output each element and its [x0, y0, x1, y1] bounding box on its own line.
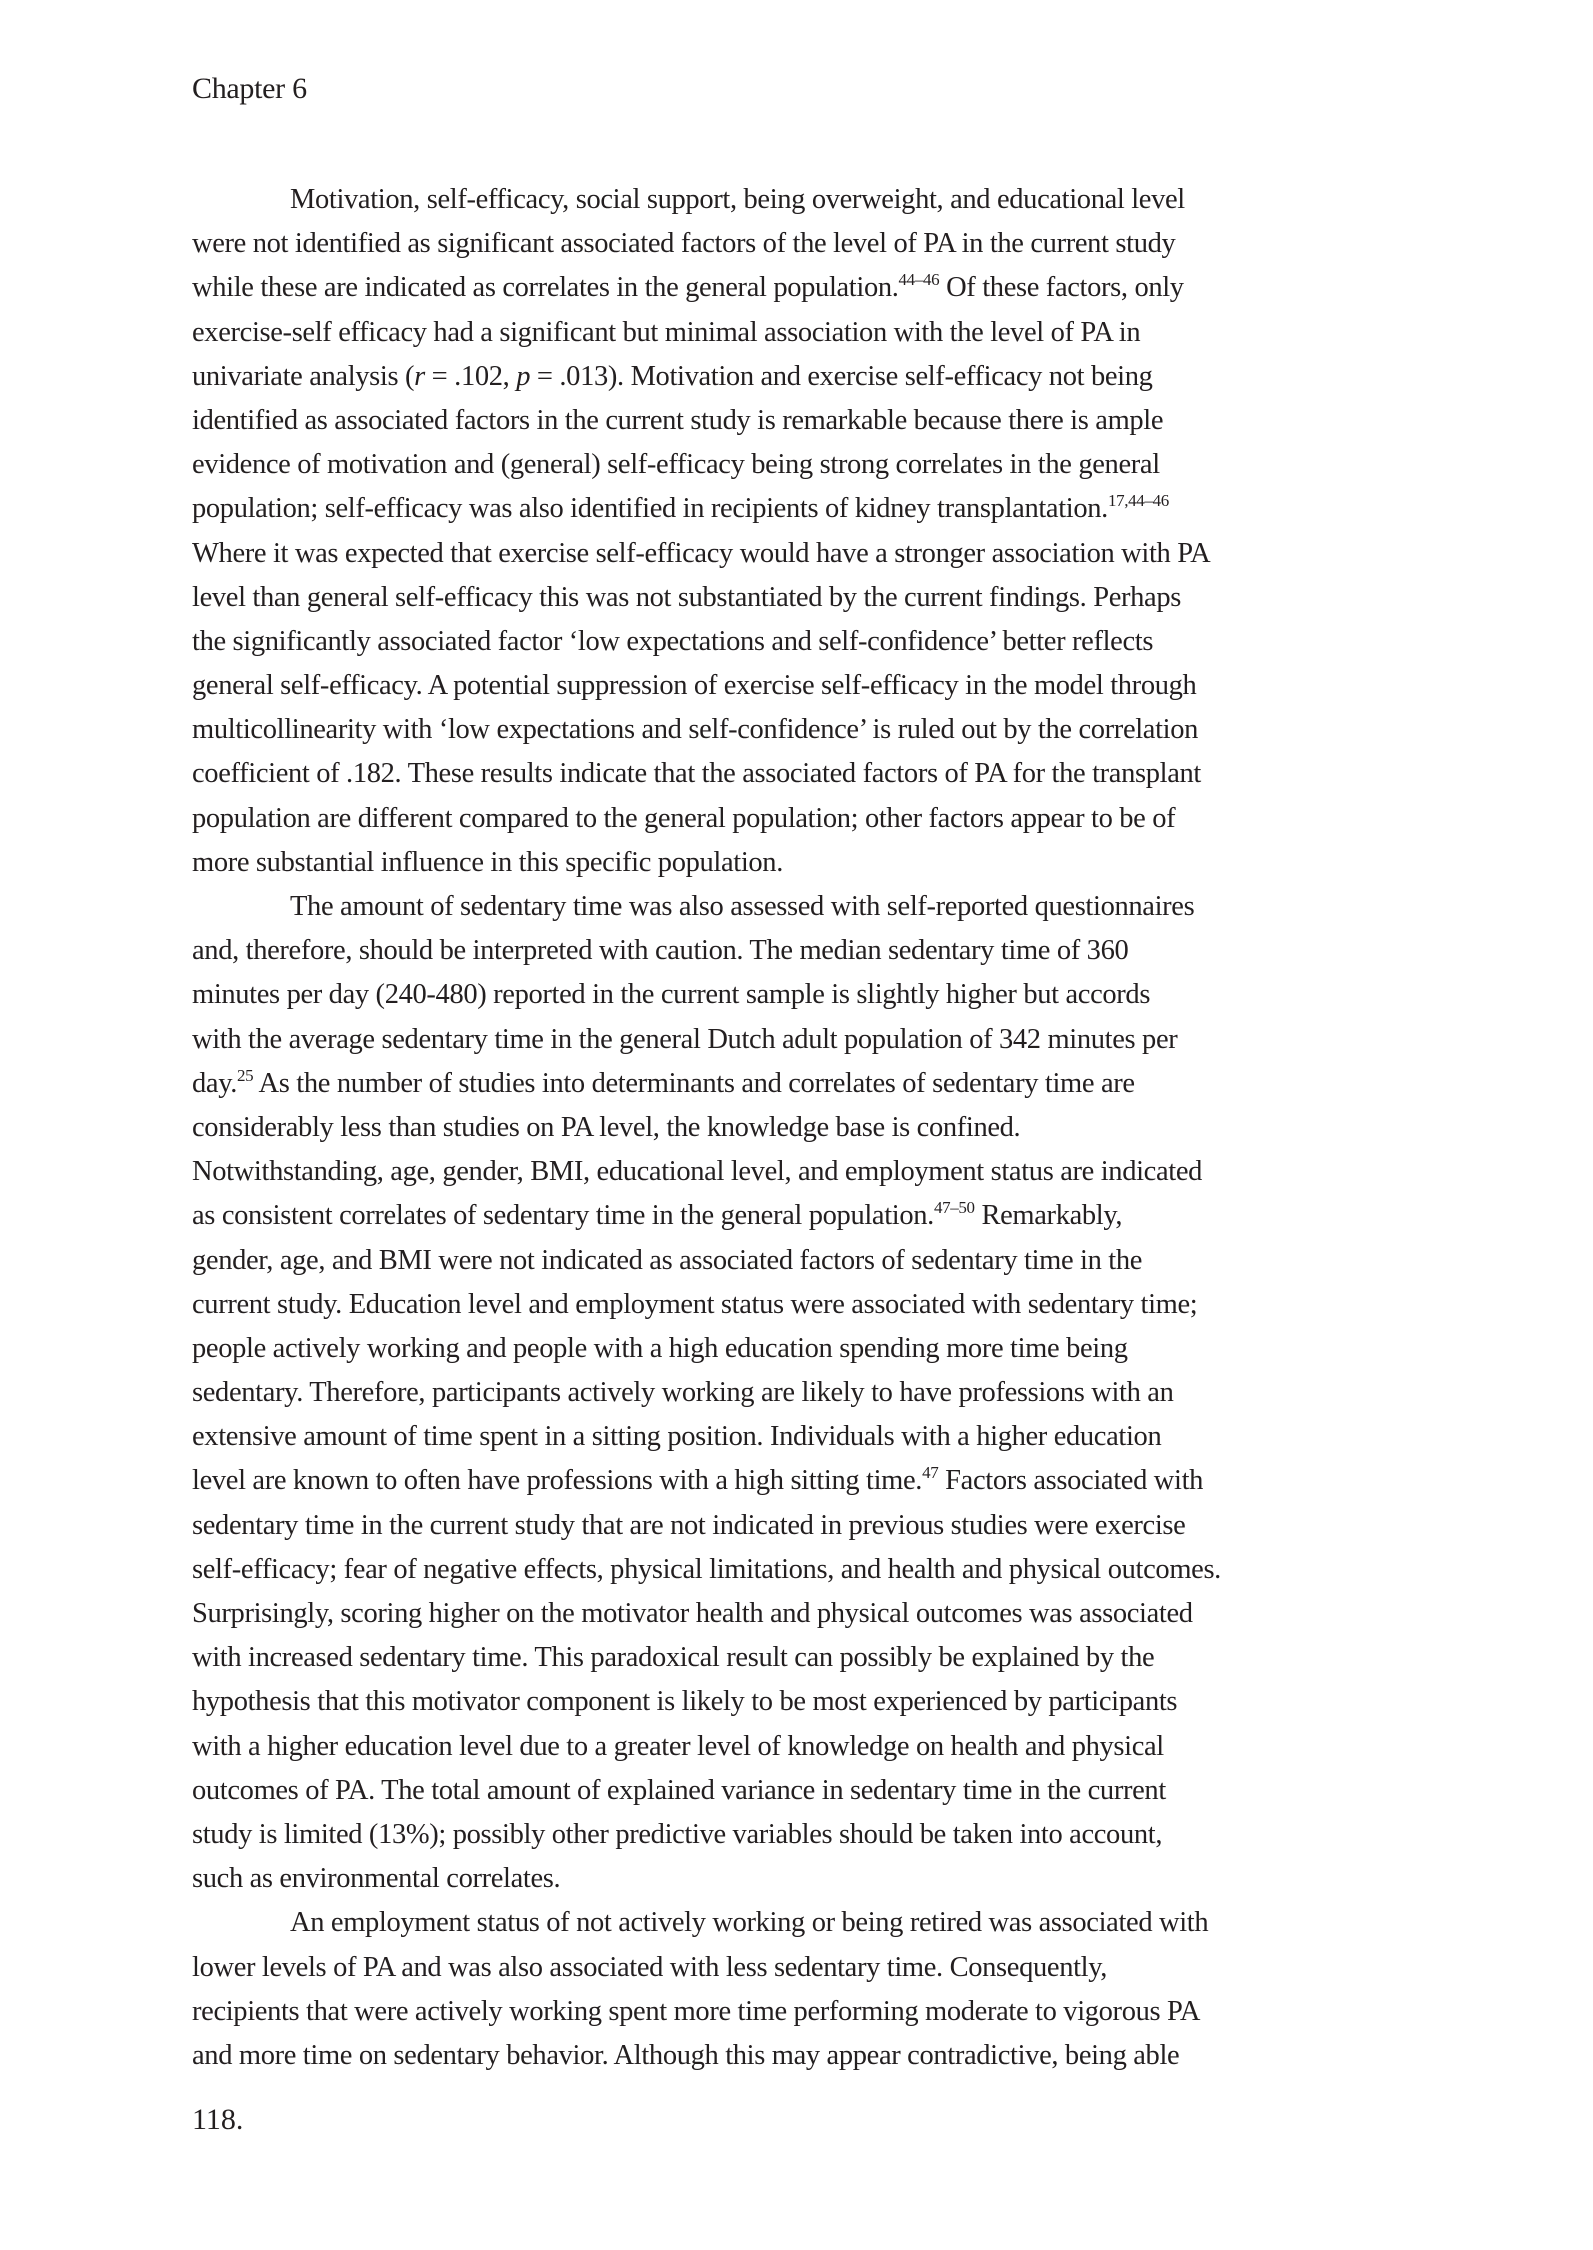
- text-line: while these are indicated as correlates …: [192, 266, 1382, 310]
- text-line: and more time on sedentary behavior. Alt…: [192, 2034, 1382, 2078]
- text-line: more substantial influence in this speci…: [192, 841, 1382, 885]
- text-line: evidence of motivation and (general) sel…: [192, 443, 1382, 487]
- text-line: sedentary. Therefore, participants activ…: [192, 1371, 1382, 1415]
- text-line: general self-efficacy. A potential suppr…: [192, 664, 1382, 708]
- text-line: outcomes of PA. The total amount of expl…: [192, 1769, 1382, 1813]
- text-line: were not identified as significant assoc…: [192, 222, 1382, 266]
- text-line: Where it was expected that exercise self…: [192, 532, 1382, 576]
- paragraph-2: The amount of sedentary time was also as…: [192, 885, 1382, 1901]
- text-line: level than general self-efficacy this wa…: [192, 576, 1382, 620]
- text-line: people actively working and people with …: [192, 1327, 1382, 1371]
- citation-superscript: 47–50: [934, 1198, 975, 1217]
- citation-superscript: 17,44–46: [1108, 491, 1169, 510]
- text-line: level are known to often have profession…: [192, 1459, 1382, 1503]
- text-line: population are different compared to the…: [192, 797, 1382, 841]
- text-line: population; self-efficacy was also ident…: [192, 487, 1382, 531]
- citation-superscript: 44–46: [899, 270, 940, 289]
- text-line: univariate analysis (r = .102, p = .013)…: [192, 355, 1382, 399]
- text-line: multicollinearity with ‘low expectations…: [192, 708, 1382, 752]
- text-line: with the average sedentary time in the g…: [192, 1018, 1382, 1062]
- text-line: as consistent correlates of sedentary ti…: [192, 1194, 1382, 1238]
- text-line: and, therefore, should be interpreted wi…: [192, 929, 1382, 973]
- page-number: 118.: [192, 2103, 243, 2137]
- text-line: coefficient of .182. These results indic…: [192, 752, 1382, 796]
- text-line: the significantly associated factor ‘low…: [192, 620, 1382, 664]
- chapter-header: Chapter 6: [192, 72, 307, 106]
- paragraph-1: Motivation, self-efficacy, social suppor…: [192, 178, 1382, 885]
- text-line: exercise-self efficacy had a significant…: [192, 311, 1382, 355]
- text-line: Surprisingly, scoring higher on the moti…: [192, 1592, 1382, 1636]
- text-line: Motivation, self-efficacy, social suppor…: [192, 178, 1382, 222]
- body-text: Motivation, self-efficacy, social suppor…: [192, 178, 1382, 2078]
- text-line: The amount of sedentary time was also as…: [192, 885, 1382, 929]
- text-line: Notwithstanding, age, gender, BMI, educa…: [192, 1150, 1382, 1194]
- text-line: gender, age, and BMI were not indicated …: [192, 1239, 1382, 1283]
- text-line: day.25 As the number of studies into det…: [192, 1062, 1382, 1106]
- text-line: current study. Education level and emplo…: [192, 1283, 1382, 1327]
- text-line: sedentary time in the current study that…: [192, 1504, 1382, 1548]
- text-line: An employment status of not actively wor…: [192, 1901, 1382, 1945]
- text-line: considerably less than studies on PA lev…: [192, 1106, 1382, 1150]
- text-line: recipients that were actively working sp…: [192, 1990, 1382, 2034]
- text-line: such as environmental correlates.: [192, 1857, 1382, 1901]
- text-line: hypothesis that this motivator component…: [192, 1680, 1382, 1724]
- text-line: study is limited (13%); possibly other p…: [192, 1813, 1382, 1857]
- citation-superscript: 47: [922, 1463, 938, 1482]
- paragraph-3: An employment status of not actively wor…: [192, 1901, 1382, 2078]
- text-line: self-efficacy; fear of negative effects,…: [192, 1548, 1382, 1592]
- text-line: minutes per day (240-480) reported in th…: [192, 973, 1382, 1017]
- text-line: with a higher education level due to a g…: [192, 1725, 1382, 1769]
- text-line: extensive amount of time spent in a sitt…: [192, 1415, 1382, 1459]
- text-line: identified as associated factors in the …: [192, 399, 1382, 443]
- citation-superscript: 25: [237, 1066, 253, 1085]
- text-line: lower levels of PA and was also associat…: [192, 1946, 1382, 1990]
- text-line: with increased sedentary time. This para…: [192, 1636, 1382, 1680]
